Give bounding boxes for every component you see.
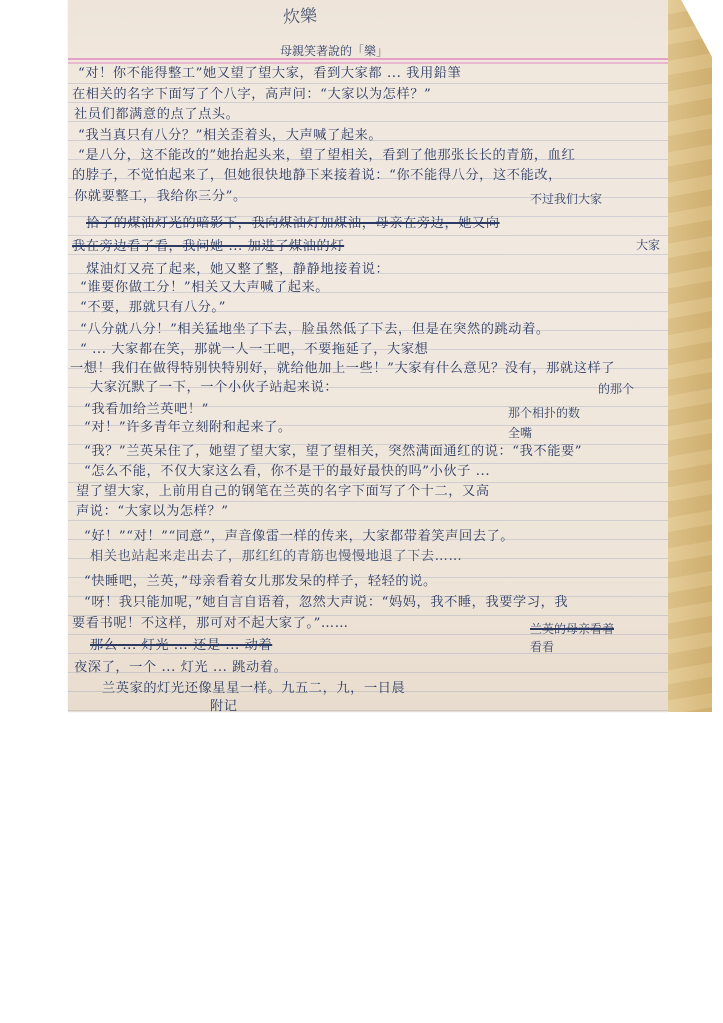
line-7: 你就要整工，我给你三分”。: [74, 185, 247, 204]
line-25: “快睡吧，兰英，”母亲看着女儿那发呆的样子，轻轻的说。: [84, 570, 437, 589]
line-29: 夜深了，一个 ... 灯光 ... 跳动着。: [74, 656, 287, 675]
margin-note-4: 看看: [530, 638, 554, 655]
line-17: “我看加给兰英吧！”: [84, 398, 209, 417]
title-insertion: 母親笑著說的「樂」: [280, 42, 388, 59]
line-5: “是八分，这不能改的”她抬起头来，望了望相关，看到了他那张长长的青筋，血红: [78, 144, 575, 163]
line-27: 要看书呢！不这样，那可对不起大家了。”……: [72, 612, 349, 631]
adhesive-tape-strip: [668, 0, 712, 712]
line-19: “我？”兰英呆住了，她望了望大家，望了望相关，突然满面通红的说：“我不能要”: [84, 440, 582, 459]
margin-note-5: 的那个: [598, 380, 634, 397]
line-15: 一想！我们在做得特别快特别好，就给他加上一些！”大家有什么意见？没有，那就这样了: [70, 357, 615, 376]
line-24: 相关也站起来走出去了，那红红的青筋也慢慢地退了下去……: [90, 545, 462, 564]
line-26: “呀！我只能加呢，”她自言自语着，忽然大声说：“妈妈，我不睡，我要学习，我: [84, 591, 568, 610]
margin-note-6: 那个相扑的数: [508, 404, 580, 421]
line-30: 兰英家的灯光还像星星一样。九五二，九，一日晨: [102, 677, 405, 696]
page-title: 炊樂: [282, 1, 317, 28]
margin-note-3: 兰英的母亲看着: [530, 620, 614, 637]
line-13: “八分就八分！”相关猛地坐了下去，脸虽然低了下去，但是在突然的跳动着。: [80, 318, 550, 337]
line-21: 望了望大家，上前用自己的钢笔在兰英的名字下面写了个十二，又高: [76, 480, 490, 499]
line-4: “我当真只有八分？”相关歪着头，大声喊了起来。: [78, 124, 382, 143]
line-23: “好！”“对！”“同意”，声音像雷一样的传来，大家都带着笑声回去了。: [84, 525, 514, 544]
line-18: “对！”许多青年立刻附和起来了。: [84, 416, 292, 435]
line-14: “ ... 大家都在笑，那就一人一工吧，不要拖延了，大家想: [80, 338, 428, 357]
margin-note-2: 大家: [636, 236, 660, 253]
margin-note-1: 不过我们大家: [530, 190, 602, 207]
line-3: 社员们都满意的点了点头。: [74, 103, 239, 122]
line-12: “不要，那就只有八分。”: [80, 296, 226, 315]
line-10: 煤油灯又亮了起来，她又整了整，静静地接着说：: [86, 258, 389, 277]
line-31-footnote: 附记: [210, 695, 238, 714]
line-20: “怎么不能，不仅大家这么看，你不是干的最好最快的吗”小伙子 ...: [84, 460, 490, 479]
margin-note-7: 全嘴: [508, 424, 532, 441]
line-9-struck: 我在旁边看了看，我问她 ... 加进了煤油的灯: [72, 235, 344, 254]
line-1: “对！你不能得整工”她又望了望大家，看到大家都 ... 我用鉛筆: [78, 62, 461, 81]
line-11: “谁要你做工分！”相关又大声喊了起来。: [80, 276, 329, 295]
line-22: 声说：“大家以为怎样？”: [76, 500, 229, 519]
line-8-struck: 拾了的煤油灯光的暗影下，我向煤油灯加煤油，母亲在旁边，她又向: [86, 212, 500, 231]
line-6: 的脖子，不觉怕起来了，但她很快地静下来接着说：“你不能得八分，这不能改，: [72, 164, 562, 183]
line-28-struck: 那么 ... 灯光 ... 还是 ... 动着: [90, 634, 272, 653]
line-16: 大家沉默了一下，一个小伙子站起来说：: [90, 376, 338, 395]
line-2: 在相关的名字下面写了个八字，高声问：“大家以为怎样？”: [72, 83, 431, 102]
